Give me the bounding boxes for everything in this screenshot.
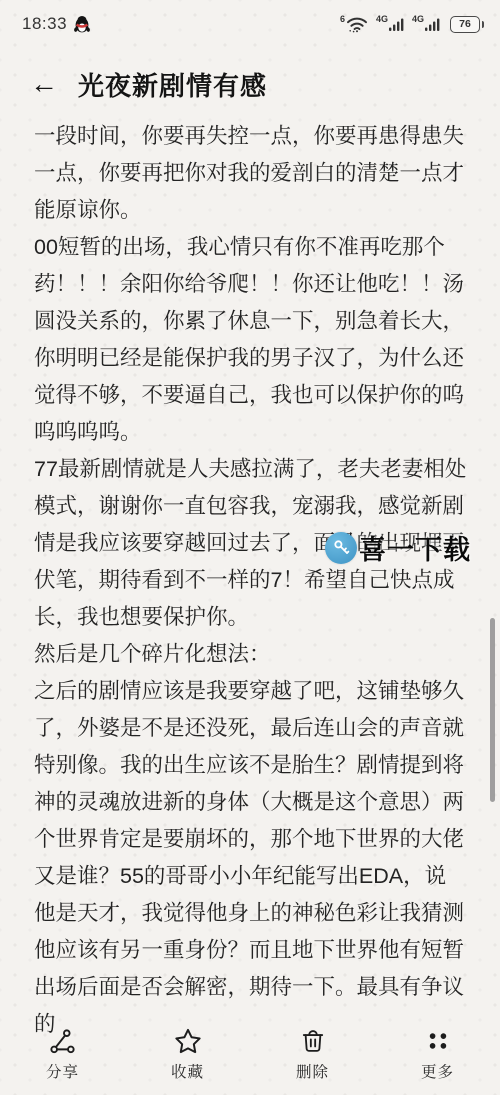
battery-icon: 76 <box>450 16 484 33</box>
more-dots-icon <box>425 1027 451 1055</box>
bottom-toolbar: 分享 收藏 删除 <box>0 1019 500 1095</box>
back-button[interactable]: ← <box>30 70 70 98</box>
status-right: 6 4G 4G <box>340 16 484 33</box>
post-paragraph: 一段时间，你要再失控一点，你要再患得患失一点，你要再把你对我的爱剖白的清楚一点才… <box>34 118 467 229</box>
page-title: 光夜新剧情有感 <box>78 66 267 103</box>
post-paragraph: 之后的剧情应该是我要穿越了吧，这铺垫够久了，外婆是不是还没死，最后连山会的声音就… <box>34 673 467 1043</box>
post-paragraph: 然后是几个碎片化想法： <box>34 636 467 673</box>
wifi-standard-label: 6 <box>340 14 345 24</box>
post-body: 一段时间，你要再失控一点，你要再患得患失一点，你要再把你对我的爱剖白的清楚一点才… <box>34 118 467 1043</box>
status-bar: 18:33 6 <box>0 0 500 44</box>
wifi6-icon: 6 <box>340 16 368 33</box>
delete-button[interactable]: 删除 <box>268 1027 358 1082</box>
toolbar-label: 删除 <box>296 1060 329 1082</box>
watermark-key-icon <box>325 532 357 564</box>
star-icon <box>174 1027 202 1055</box>
signal-sim1-icon: 4G <box>376 16 404 32</box>
qq-penguin-icon <box>74 15 90 33</box>
more-button[interactable]: 更多 <box>393 1027 483 1082</box>
scrollbar-thumb[interactable] <box>490 618 495 802</box>
watermark-label: 喜一下载 <box>359 528 471 567</box>
favorite-button[interactable]: 收藏 <box>143 1027 233 1082</box>
app-watermark: 喜一下载 <box>325 528 471 567</box>
trash-icon <box>300 1027 326 1055</box>
battery-percent: 76 <box>450 16 480 33</box>
battery-nub <box>482 21 485 28</box>
network-type-label: 4G <box>376 14 388 24</box>
signal-sim2-icon: 4G <box>412 16 440 32</box>
network-type-label: 4G <box>412 14 424 24</box>
page-header: ← 光夜新剧情有感 <box>0 58 500 110</box>
toolbar-label: 分享 <box>46 1060 79 1082</box>
post-paragraph: 00短暂的出场，我心情只有你不准再吃那个药！！！余阳你给爷爬！！你还让他吃！！汤… <box>34 229 467 451</box>
reading-page: 18:33 6 <box>0 0 500 1095</box>
share-button[interactable]: 分享 <box>18 1027 108 1082</box>
status-left: 18:33 <box>22 14 90 34</box>
clock-time: 18:33 <box>22 14 67 34</box>
toolbar-label: 更多 <box>421 1060 454 1082</box>
share-icon <box>49 1027 76 1055</box>
toolbar-label: 收藏 <box>171 1060 204 1082</box>
